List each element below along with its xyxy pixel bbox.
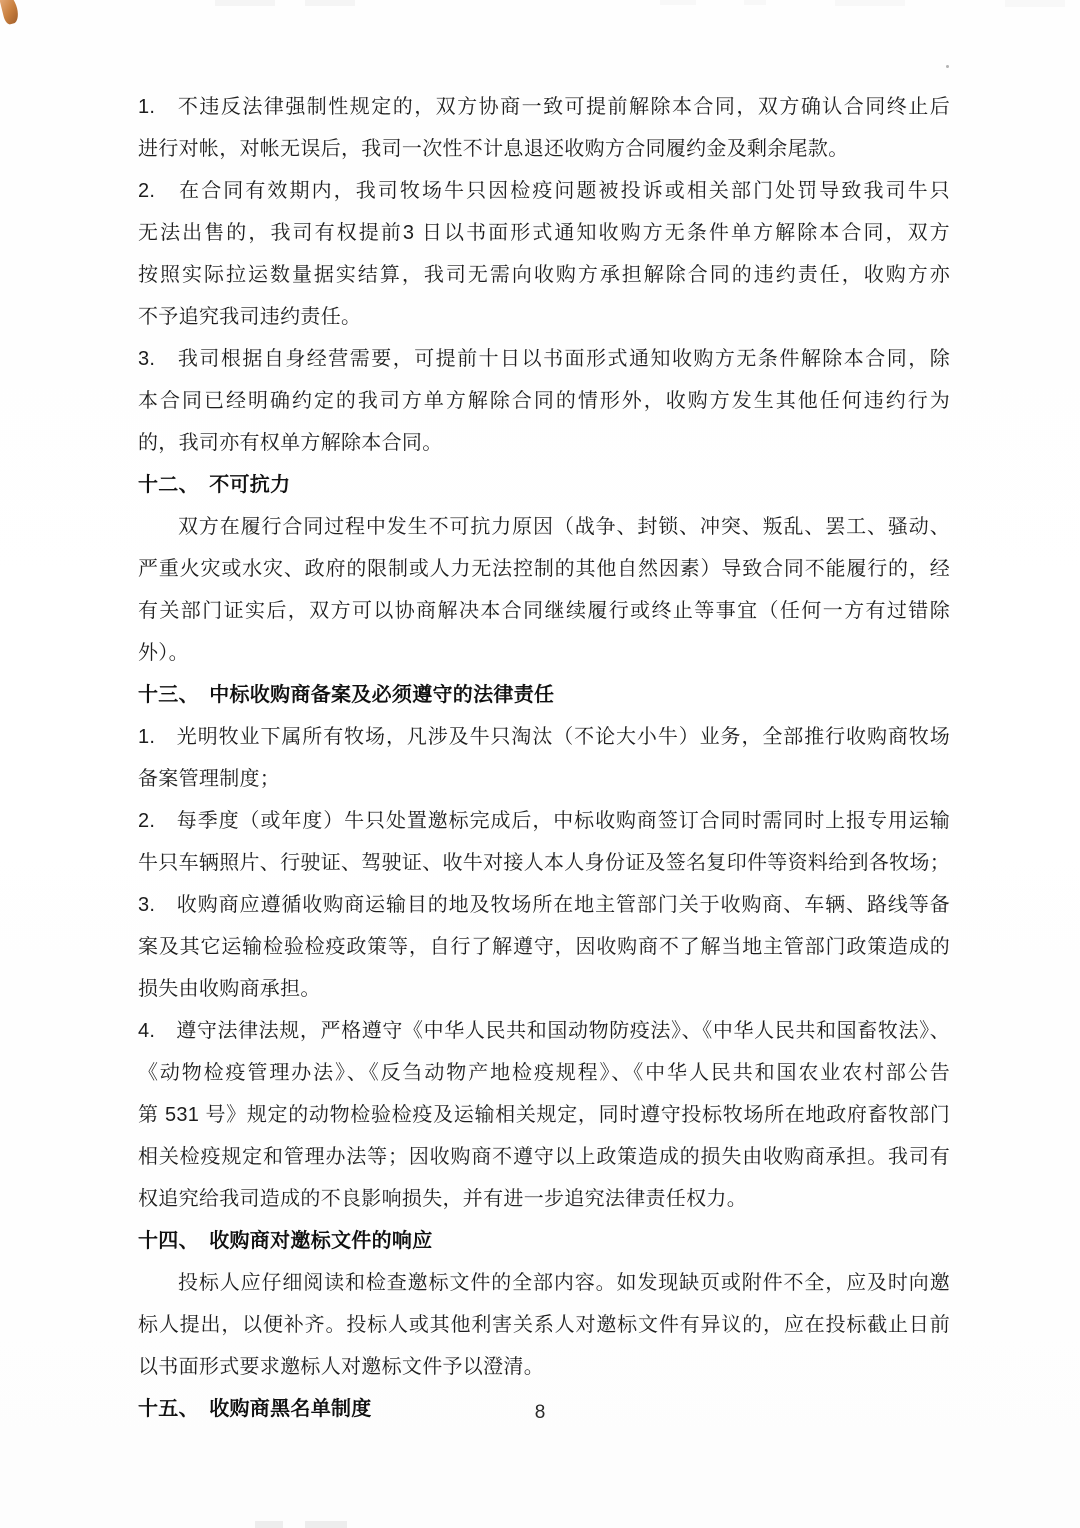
text-line: 本合同已经明确约定的我司方单方解除合同的情形外，收购方发生其他任何违约行为 [138, 380, 950, 422]
scan-artifact [255, 1521, 283, 1528]
text-line: 2. 每季度（或年度）牛只处置邀标完成后，中标收购商签订合同时需同时上报专用运输 [138, 800, 950, 842]
list-item: 2. 在合同有效期内，我司牧场牛只因检疫问题被投诉或相关部门处罚导致我司牛只无法… [138, 170, 950, 338]
text-line: 1. 不违反法律强制性规定的，双方协商一致可提前解除本合同，双方确认合同终止后 [138, 86, 950, 128]
scan-artifact [305, 0, 355, 6]
scan-artifact [1005, 0, 1065, 7]
document-page: 1. 不违反法律强制性规定的，双方协商一致可提前解除本合同，双方确认合同终止后进… [0, 0, 1080, 1528]
document-content: 1. 不违反法律强制性规定的，双方协商一致可提前解除本合同，双方确认合同终止后进… [138, 86, 950, 1430]
text-line: 标人提出，以便补齐。投标人或其他利害关系人对邀标文件有异议的，应在投标截止日前 [138, 1304, 950, 1346]
text-line: 投标人应仔细阅读和检查邀标文件的全部内容。如发现缺页或附件不全，应及时向邀 [138, 1262, 950, 1304]
scan-artifact [744, 0, 766, 5]
text-line: 无法出售的，我司有权提前3 日以书面形式通知收购方无条件单方解除本合同，双方 [138, 212, 950, 254]
text-line: 不予追究我司违约责任。 [138, 296, 950, 338]
scan-artifact [660, 0, 696, 5]
list-item: 3. 我司根据自身经营需要，可提前十日以书面形式通知收购方无条件解除本合同，除本… [138, 338, 950, 464]
scan-artifact [305, 1521, 347, 1528]
text-line: 4. 遵守法律法规，严格遵守《中华人民共和国动物防疫法》、《中华人民共和国畜牧法… [138, 1010, 950, 1052]
text-line: 十二、 不可抗力 [138, 464, 950, 506]
text-line: 权追究给我司造成的不良影响损失，并有进一步追究法律责任权力。 [138, 1178, 950, 1220]
text-line: 十三、 中标收购商备案及必须遵守的法律责任 [138, 674, 950, 716]
section-heading: 十四、 收购商对邀标文件的响应 [138, 1220, 950, 1262]
text-line: 有关部门证实后，双方可以协商解决本合同继续履行或终止等事宜（任何一方有过错除外）… [138, 590, 950, 674]
text-line: 《动物检疫管理办法》、《反刍动物产地检疫规程》、《中华人民共和国农业农村部公告 [138, 1052, 950, 1094]
text-line: 1. 光明牧业下属所有牧场，凡涉及牛只淘汰（不论大小牛）业务，全部推行收购商牧场 [138, 716, 950, 758]
scan-artifact [835, 0, 905, 6]
text-line: 损失由收购商承担。 [138, 968, 950, 1010]
list-item: 1. 不违反法律强制性规定的，双方协商一致可提前解除本合同，双方确认合同终止后进… [138, 86, 950, 170]
list-item: 1. 光明牧业下属所有牧场，凡涉及牛只淘汰（不论大小牛）业务，全部推行收购商牧场… [138, 716, 950, 800]
text-line: 3. 收购商应遵循收购商运输目的地及牧场所在地主管部门关于收购商、车辆、路线等备 [138, 884, 950, 926]
text-line: 按照实际拉运数量据实结算，我司无需向收购方承担解除合同的违约责任，收购方亦 [138, 254, 950, 296]
text-line: 进行对帐，对帐无误后，我司一次性不计息退还收购方合同履约金及剩余尾款。 [138, 128, 950, 170]
text-line: 双方在履行合同过程中发生不可抗力原因（战争、封锁、冲突、叛乱、罢工、骚动、 [138, 506, 950, 548]
text-line: 以书面形式要求邀标人对邀标文件予以澄清。 [138, 1346, 950, 1388]
text-line: 案及其它运输检验检疫政策等，自行了解遵守，因收购商不了解当地主管部门政策造成的 [138, 926, 950, 968]
scan-dot-artifact [946, 65, 949, 68]
paragraph: 投标人应仔细阅读和检查邀标文件的全部内容。如发现缺页或附件不全，应及时向邀标人提… [138, 1262, 950, 1388]
section-heading: 十二、 不可抗力 [138, 464, 950, 506]
page-number: 8 [0, 1398, 1080, 1428]
text-line: 3. 我司根据自身经营需要，可提前十日以书面形式通知收购方无条件解除本合同，除 [138, 338, 950, 380]
list-item: 3. 收购商应遵循收购商运输目的地及牧场所在地主管部门关于收购商、车辆、路线等备… [138, 884, 950, 1010]
text-line: 第 531 号》规定的动物检验检疫及运输相关规定，同时遵守投标牧场所在地政府畜牧… [138, 1094, 950, 1136]
text-line: 相关检疫规定和管理办法等；因收购商不遵守以上政策造成的损失由收购商承担。我司有 [138, 1136, 950, 1178]
list-item: 2. 每季度（或年度）牛只处置邀标完成后，中标收购商签订合同时需同时上报专用运输… [138, 800, 950, 884]
text-line: 的，我司亦有权单方解除本合同。 [138, 422, 950, 464]
text-line: 2. 在合同有效期内，我司牧场牛只因检疫问题被投诉或相关部门处罚导致我司牛只 [138, 170, 950, 212]
text-line: 十四、 收购商对邀标文件的响应 [138, 1220, 950, 1262]
paragraph: 双方在履行合同过程中发生不可抗力原因（战争、封锁、冲突、叛乱、罢工、骚动、严重火… [138, 506, 950, 674]
list-item: 4. 遵守法律法规，严格遵守《中华人民共和国动物防疫法》、《中华人民共和国畜牧法… [138, 1010, 950, 1220]
text-line: 备案管理制度； [138, 758, 950, 800]
text-line: 牛只车辆照片、行驶证、驾驶证、收牛对接人本人身份证及签名复印件等资料给到各牧场； [138, 842, 950, 884]
page-corner-fold-mark [0, 0, 20, 25]
text-line: 严重火灾或水灾、政府的限制或人力无法控制的其他自然因素）导致合同不能履行的，经 [138, 548, 950, 590]
scan-artifact [215, 0, 275, 6]
section-heading: 十三、 中标收购商备案及必须遵守的法律责任 [138, 674, 950, 716]
